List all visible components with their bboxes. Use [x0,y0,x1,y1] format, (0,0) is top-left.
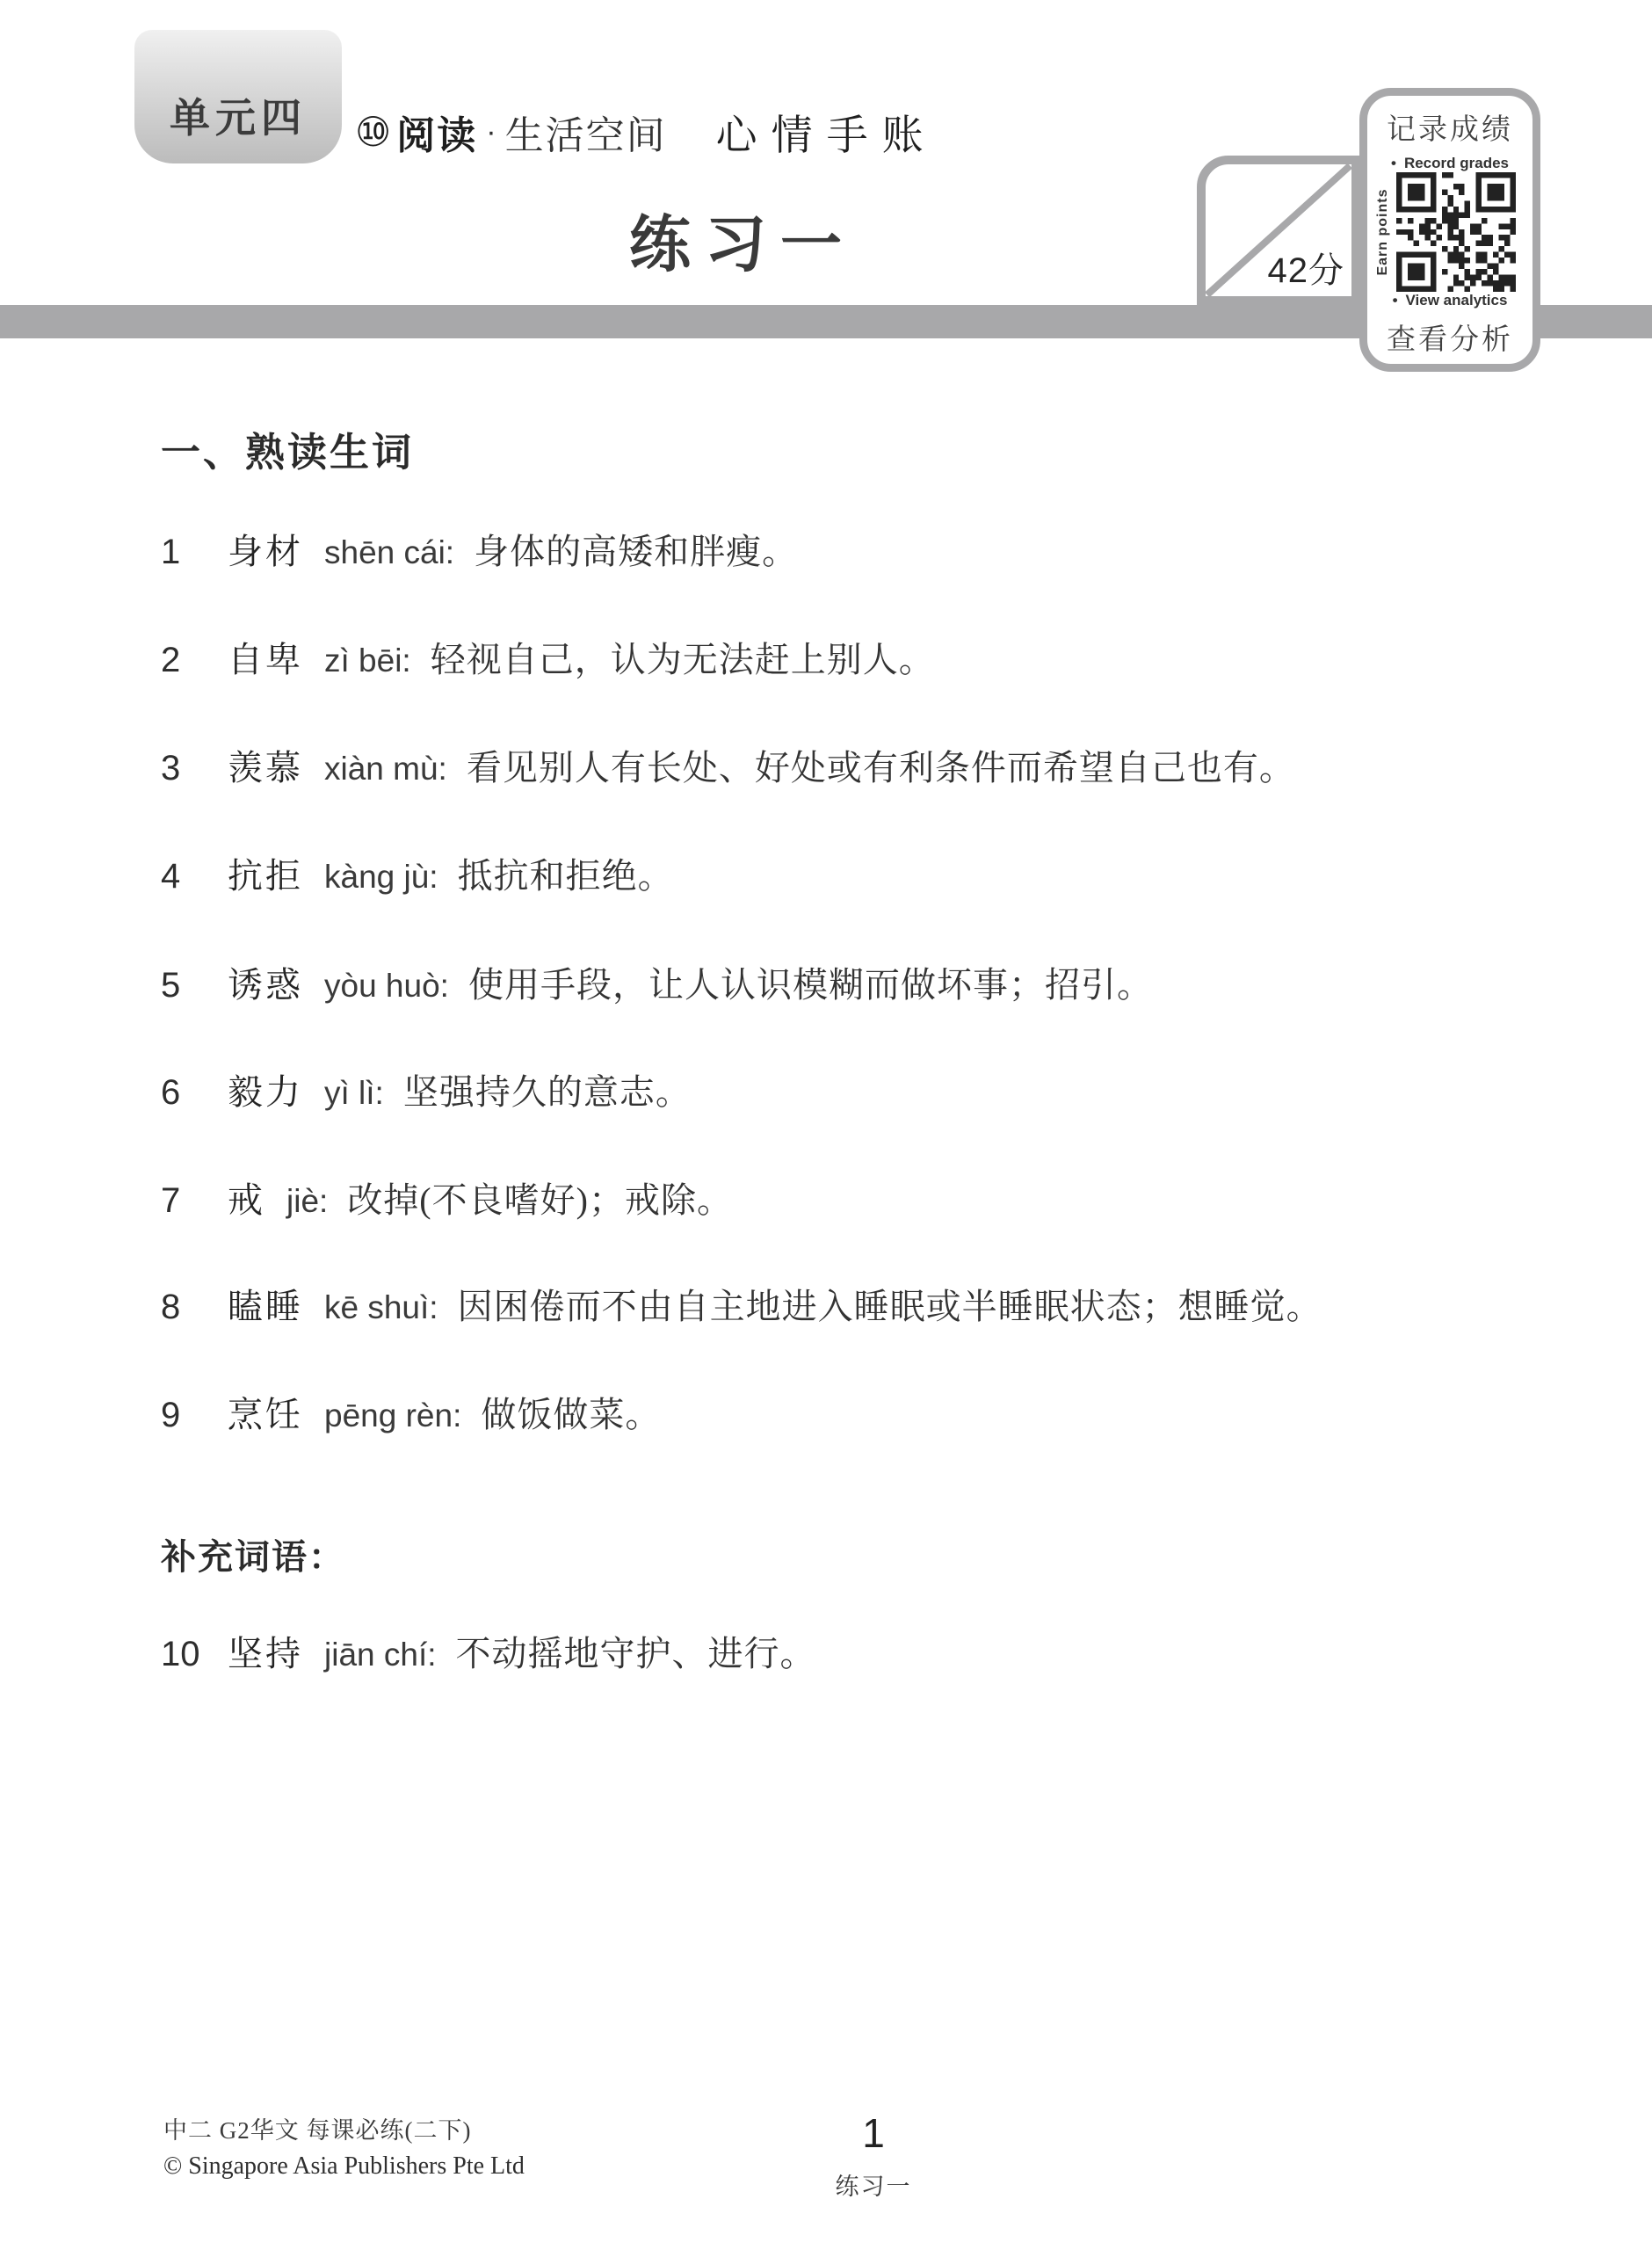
page-label: 练习一 [821,2167,926,2202]
page-title: 练习一 [629,195,856,284]
vocab-word: 身材 [228,524,303,574]
vocab-number: 3 [161,749,228,788]
bullet-icon: • [1393,292,1398,308]
vocab-word: 烹饪 [228,1387,303,1437]
vocab-word: 戒 [228,1172,265,1223]
vocab-row: 1 身材 shēn cái: 身体的高矮和胖瘦。 [161,524,798,574]
footer-book-title: 中二 G2华文 每课必练(二下) [163,2111,525,2145]
vocab-number: 7 [161,1181,228,1221]
vocab-row: 8 瞌睡 kē shuì: 因困倦而不由自主地进入睡眠或半睡眠状态；想睡觉。 [161,1279,1322,1329]
vocab-word: 自卑 [228,632,303,682]
vocab-row: 7 戒 jiè: 改掉(不良嗜好)；戒除。 [161,1172,733,1223]
vocab-definition: 看见别人有长处、好处或有利条件而希望自己也有。 [467,740,1295,790]
qr-view-analytics-cn: 查看分析 [1387,316,1513,358]
section-heading: 一、熟读生词 [161,420,414,477]
lesson-type: 阅读 [396,104,477,160]
score-box: 42分 [1197,156,1360,305]
vocab-number: 9 [161,1396,228,1435]
lesson-theme: 生活空间 [505,104,667,160]
qr-view-analytics-en: •View analytics [1393,292,1508,309]
vocab-pinyin: pēng rèn: [324,1397,461,1434]
vocab-word: 瞌睡 [228,1279,303,1329]
vocab-pinyin: yòu huò: [324,968,449,1005]
vocab-row: 3 羡慕 xiàn mù: 看见别人有长处、好处或有利条件而希望自己也有。 [161,740,1295,790]
qr-middle: Earn points [1367,172,1532,292]
vocab-word: 抗拒 [228,848,303,898]
separator-dot: · [486,115,496,149]
page-number: 1 [821,2109,926,2157]
vocab-pinyin: shēn cái: [324,534,454,571]
vocab-definition: 坚强持久的意志。 [403,1064,692,1114]
vocab-definition: 身体的高矮和胖瘦。 [474,524,798,574]
vocab-pinyin: jiè: [286,1183,328,1220]
footer-imprint: 中二 G2华文 每课必练(二下) © Singapore Asia Publis… [163,2111,525,2181]
vocab-definition: 做饭做菜。 [481,1387,661,1437]
vocab-definition: 抵抗和拒绝。 [458,848,674,898]
vocab-number: 8 [161,1288,228,1327]
unit-tab-label: 单元四 [170,86,307,144]
vocab-row: 10 坚持 jiān chí: 不动摇地守护、进行。 [161,1626,816,1676]
vocab-pinyin: kē shuì: [324,1289,438,1326]
lesson-number-icon: ⑩ [355,108,391,156]
vocab-word: 诱惑 [228,957,303,1007]
vocab-number: 2 [161,641,228,680]
vocab-definition: 不动摇地守护、进行。 [456,1626,816,1676]
vocab-number: 10 [161,1635,228,1674]
score-label: 42分 [1268,243,1345,293]
vocab-number: 5 [161,966,228,1005]
vocab-definition: 轻视自己，认为无法赶上别人。 [431,632,935,682]
qr-code-icon [1396,172,1516,292]
vocab-row: 5 诱惑 yòu huò: 使用手段，让人认识模糊而做坏事；招引。 [161,957,1153,1007]
vocab-pinyin: yì lì: [324,1075,384,1112]
qr-panel: 记录成绩 •Record grades Earn points •View an… [1359,88,1540,372]
footer-copyright: © Singapore Asia Publishers Pte Ltd [163,2152,525,2181]
vocab-word: 羡慕 [228,740,303,790]
bullet-icon: • [1391,155,1396,171]
vocab-row: 6 毅力 yì lì: 坚强持久的意志。 [161,1064,692,1114]
vocab-definition: 使用手段，让人认识模糊而做坏事；招引。 [468,957,1153,1007]
vocab-pinyin: jiān chí: [324,1637,437,1673]
vocab-row: 4 抗拒 kàng jù: 抵抗和拒绝。 [161,848,674,898]
qr-earn-points-label: Earn points [1374,179,1392,285]
footer-page-block: 1 练习一 [821,2109,926,2202]
vocab-row: 2 自卑 zì bēi: 轻视自己，认为无法赶上别人。 [161,632,935,682]
vocab-definition: 因困倦而不由自主地进入睡眠或半睡眠状态；想睡觉。 [458,1279,1322,1329]
vocab-pinyin: zì bēi: [324,642,411,679]
qr-view-analytics-text: View analytics [1406,292,1508,308]
vocab-word: 坚持 [228,1626,303,1676]
unit-tab: 单元四 [134,30,342,163]
qr-record-grades-en: •Record grades [1391,155,1509,172]
vocab-pinyin: kàng jù: [324,859,438,896]
qr-record-grades-cn: 记录成绩 [1387,106,1513,148]
lesson-title: 心情手账 [716,103,938,162]
vocab-number: 4 [161,857,228,896]
vocab-row: 9 烹饪 pēng rèn: 做饭做菜。 [161,1387,661,1437]
vocab-number: 6 [161,1073,228,1113]
vocab-pinyin: xiàn mù: [324,751,447,787]
qr-record-grades-text: Record grades [1404,155,1509,171]
vocab-number: 1 [161,533,228,572]
vocab-definition: 改掉(不良嗜好)；戒除。 [347,1172,733,1223]
vocab-word: 毅力 [228,1064,303,1114]
supplement-heading: 补充词语： [161,1529,345,1579]
lesson-header: ⑩ 阅读 · 生活空间 心情手账 [355,107,938,156]
